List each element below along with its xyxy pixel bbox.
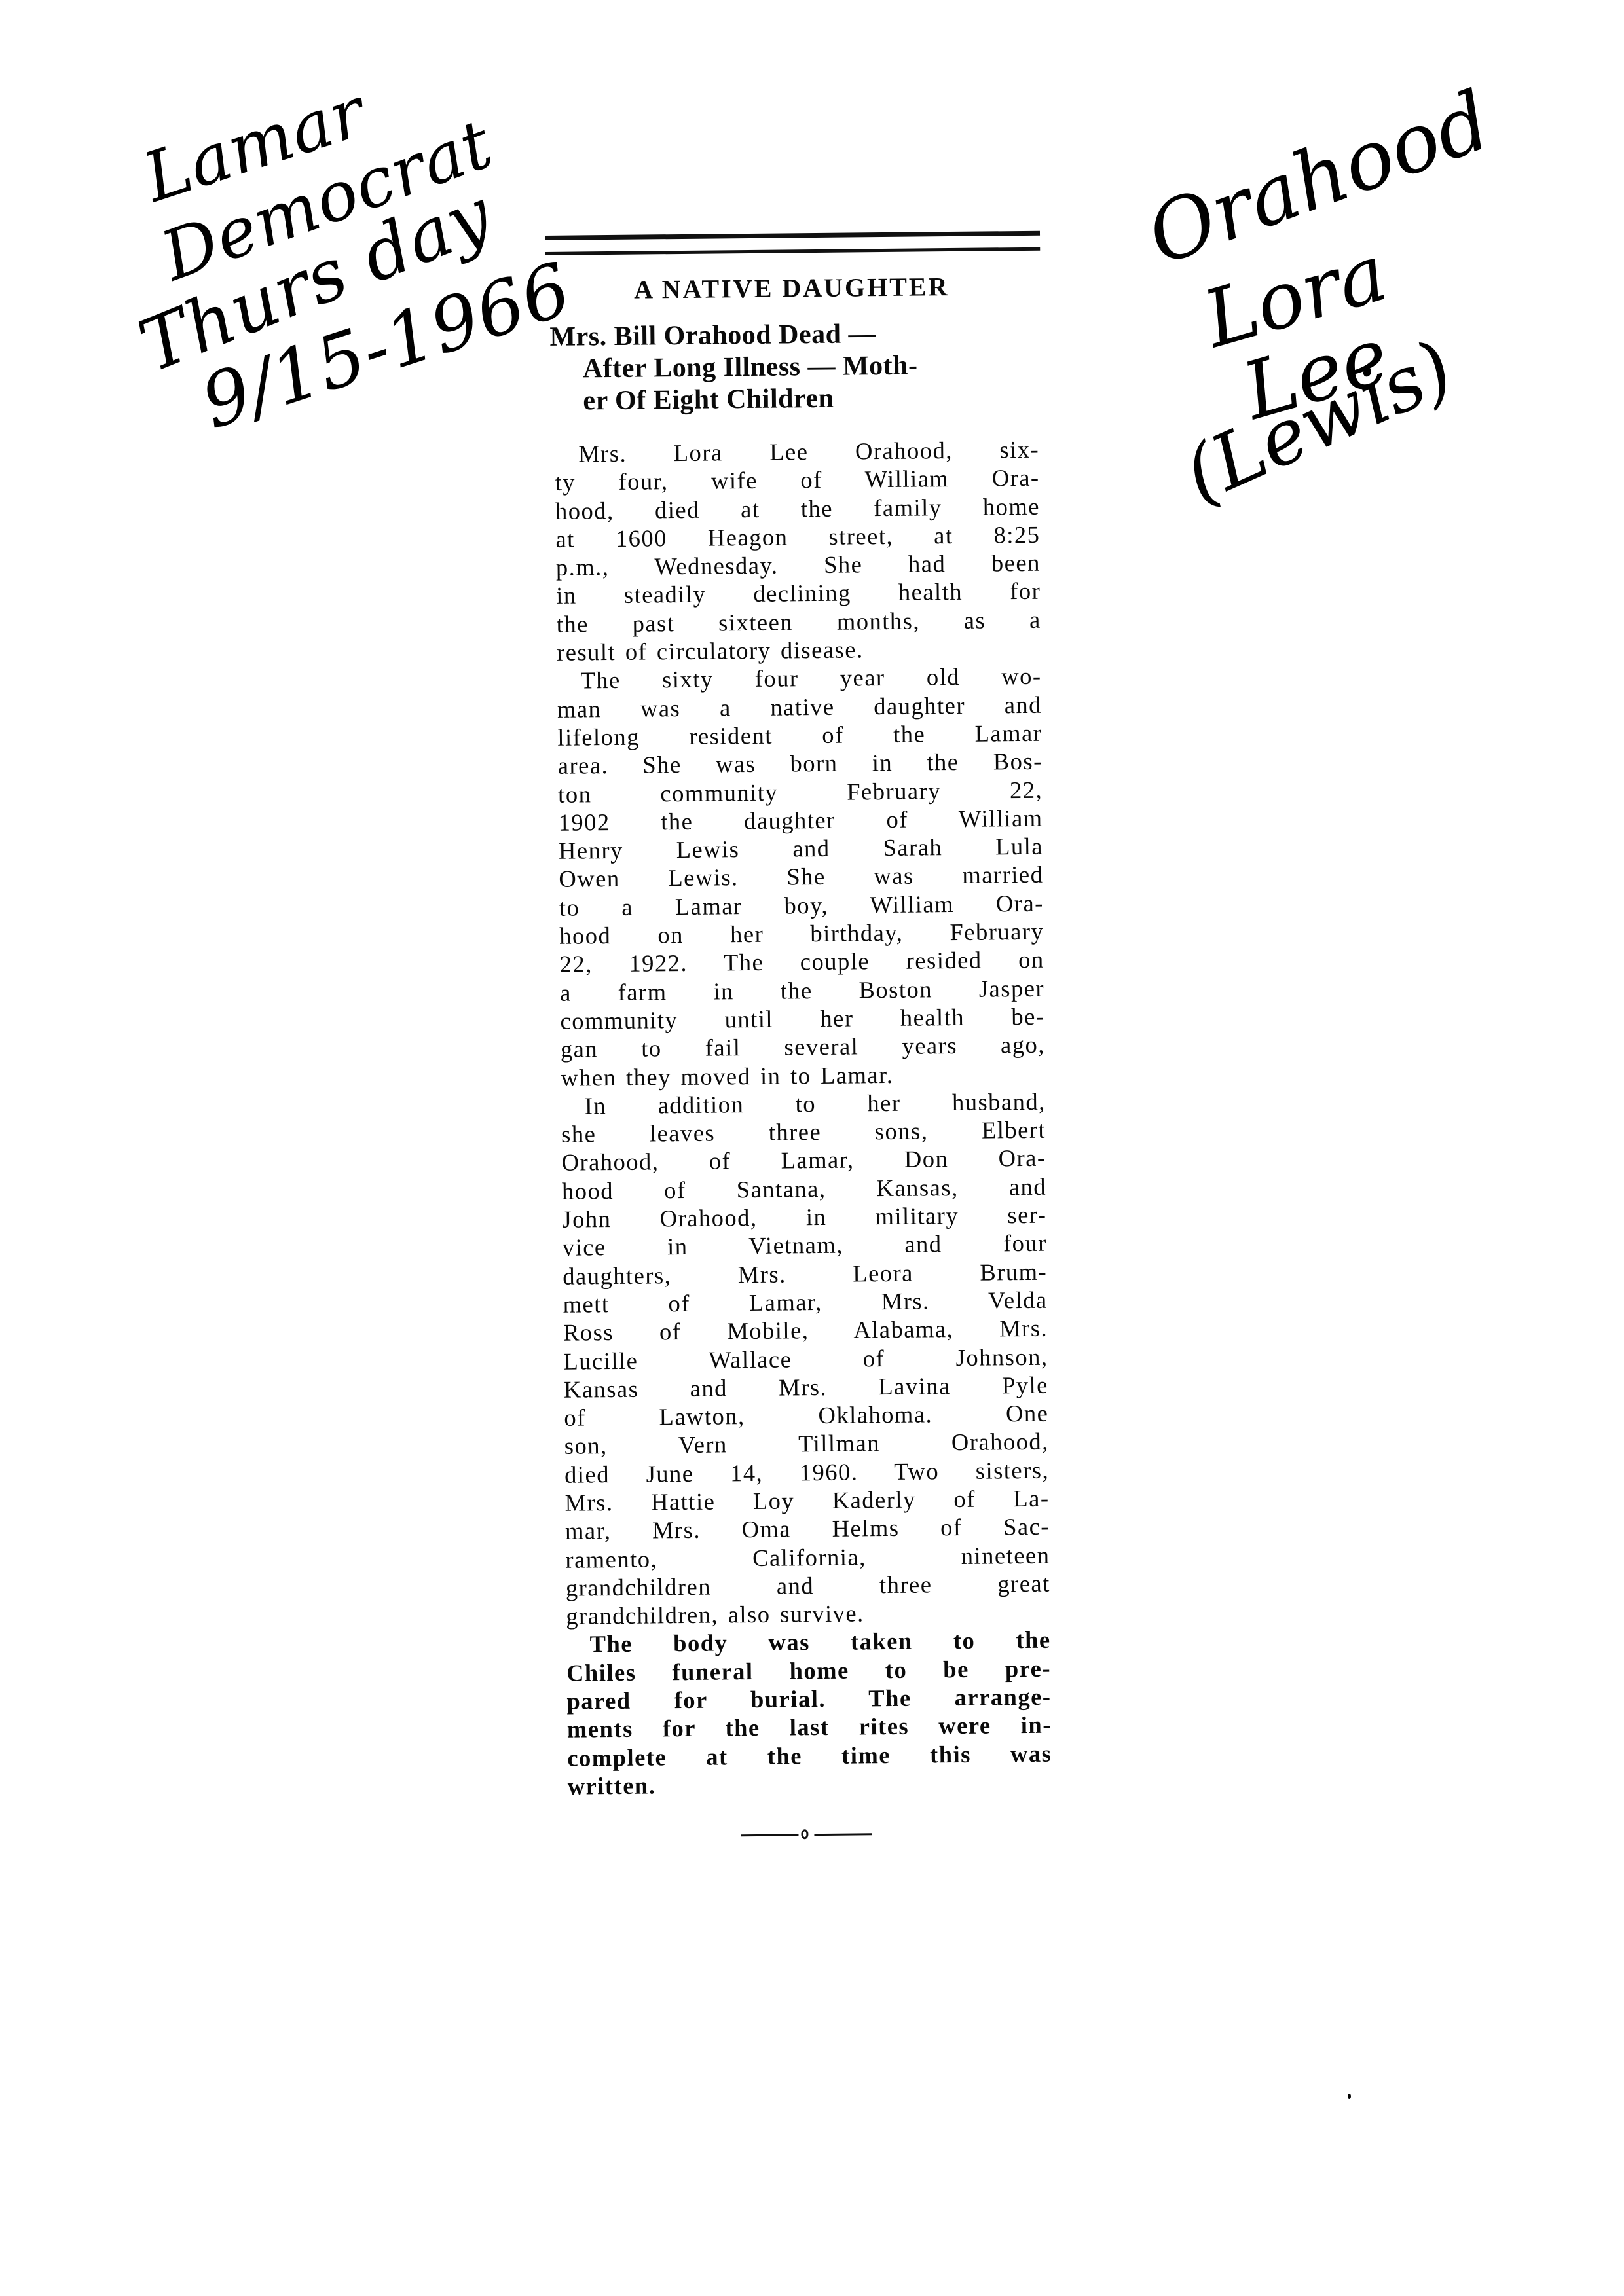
article-line: hood on her birthday, February bbox=[559, 917, 1044, 950]
end-mark-circle-icon bbox=[801, 1829, 808, 1839]
article-line: Orahood, of Lamar, Don Ora- bbox=[561, 1144, 1046, 1176]
article-line: grandchildren, also survive. bbox=[566, 1597, 1050, 1630]
article-line: son, Vern Tillman Orahood, bbox=[564, 1427, 1049, 1460]
article-line: Mrs. Hattie Loy Kaderly of La- bbox=[564, 1484, 1049, 1517]
article-paragraph: In addition to her husband,she leaves th… bbox=[561, 1087, 1051, 1631]
article-line: result of circulatory disease. bbox=[557, 634, 1041, 666]
end-mark-rule bbox=[814, 1834, 872, 1836]
article-line: she leaves three sons, Elbert bbox=[561, 1116, 1046, 1148]
article-line: died June 14, 1960. Two sisters, bbox=[564, 1455, 1049, 1488]
handwritten-note-name: Orahood Lora Lee (Lewis) bbox=[1153, 170, 1519, 537]
article-line: complete at the time this was bbox=[567, 1739, 1052, 1772]
article-line: in steadily declining health for bbox=[556, 577, 1041, 610]
article-line: mett of Lamar, Mrs. Velda bbox=[563, 1286, 1047, 1319]
article-line: Ross of Mobile, Alabama, Mrs. bbox=[563, 1314, 1048, 1347]
article-paragraph: The sixty four year old wo-man was a nat… bbox=[557, 662, 1045, 1092]
article-line: The body was taken to the bbox=[566, 1626, 1050, 1658]
headline-line: Mrs. Bill Orahood Dead — bbox=[543, 317, 1041, 354]
double-rule-divider bbox=[545, 231, 1040, 255]
article-line: community until her health be- bbox=[560, 1002, 1044, 1035]
article-paragraph: The body was taken to theChiles funeral … bbox=[566, 1626, 1052, 1800]
end-of-article-mark bbox=[741, 1828, 872, 1842]
article-line: the past sixteen months, as a bbox=[556, 605, 1041, 638]
article-line: area. She was born in the Bos- bbox=[558, 747, 1043, 780]
article-line: Lucille Wallace of Johnson, bbox=[563, 1342, 1048, 1375]
article-line: hood, died at the family home bbox=[555, 492, 1040, 524]
article-line: Henry Lewis and Sarah Lula bbox=[559, 832, 1043, 865]
article-headline: Mrs. Bill Orahood Dead — After Long Illn… bbox=[543, 317, 1041, 418]
article-line: The sixty four year old wo- bbox=[557, 662, 1041, 695]
article-line: In addition to her husband, bbox=[561, 1087, 1046, 1120]
article-line: mar, Mrs. Oma Helms of Sac- bbox=[565, 1512, 1050, 1545]
article-body: Mrs. Lora Lee Orahood, six-ty four, wife… bbox=[544, 435, 1055, 1800]
article-line: Chiles funeral home to be pre- bbox=[566, 1654, 1051, 1686]
article-line: gan to fail several years ago, bbox=[561, 1030, 1045, 1063]
article-line: daughters, Mrs. Leora Brum- bbox=[563, 1257, 1047, 1290]
article-line: pared for burial. The arrange- bbox=[566, 1683, 1051, 1715]
article-line: to a Lamar boy, William Ora- bbox=[559, 888, 1044, 921]
article-line: grandchildren and three great bbox=[566, 1569, 1050, 1602]
newspaper-clipping: A NATIVE DAUGHTER Mrs. Bill Orahood Dead… bbox=[542, 231, 1056, 1844]
article-line: of Lawton, Oklahoma. One bbox=[564, 1399, 1048, 1432]
article-line: Mrs. Lora Lee Orahood, six- bbox=[555, 435, 1039, 468]
article-line: ton community February 22, bbox=[558, 775, 1043, 808]
article-line: Kansas and Mrs. Lavina Pyle bbox=[564, 1370, 1048, 1403]
article-paragraph: Mrs. Lora Lee Orahood, six-ty four, wife… bbox=[555, 435, 1041, 666]
article-line: 1902 the daughter of William bbox=[558, 804, 1043, 837]
article-line: lifelong resident of the Lamar bbox=[557, 719, 1042, 752]
article-line: Owen Lewis. She was married bbox=[559, 860, 1043, 893]
headline-line: er Of Eight Children bbox=[544, 381, 1041, 418]
article-line: at 1600 Heagon street, at 8:25 bbox=[555, 520, 1040, 553]
article-line: hood of Santana, Kansas, and bbox=[562, 1172, 1046, 1205]
article-line: 22, 1922. The couple resided on bbox=[559, 945, 1044, 978]
article-line: John Orahood, in military ser- bbox=[562, 1201, 1046, 1233]
article-line: ty four, wife of William Ora- bbox=[555, 464, 1039, 496]
scan-speck bbox=[1348, 2094, 1351, 2099]
article-line: ments for the last rites were in- bbox=[567, 1711, 1052, 1743]
handwritten-note-source-date: Lamar Democrat Thurs day 9/15-1966 bbox=[131, 131, 498, 432]
article-line: man was a native daughter and bbox=[557, 690, 1042, 723]
end-mark-rule bbox=[741, 1834, 798, 1837]
article-kicker: A NATIVE DAUGHTER bbox=[543, 270, 1041, 306]
article-line: a farm in the Boston Jasper bbox=[560, 974, 1044, 1006]
article-line: when they moved in to Lamar. bbox=[561, 1059, 1045, 1091]
headline-line: After Long Illness — Moth- bbox=[544, 349, 1041, 386]
article-line: p.m., Wednesday. She had been bbox=[556, 549, 1041, 581]
article-line: vice in Vietnam, and four bbox=[563, 1229, 1047, 1262]
article-line: ramento, California, nineteen bbox=[565, 1540, 1050, 1573]
article-line: written. bbox=[568, 1768, 1052, 1800]
